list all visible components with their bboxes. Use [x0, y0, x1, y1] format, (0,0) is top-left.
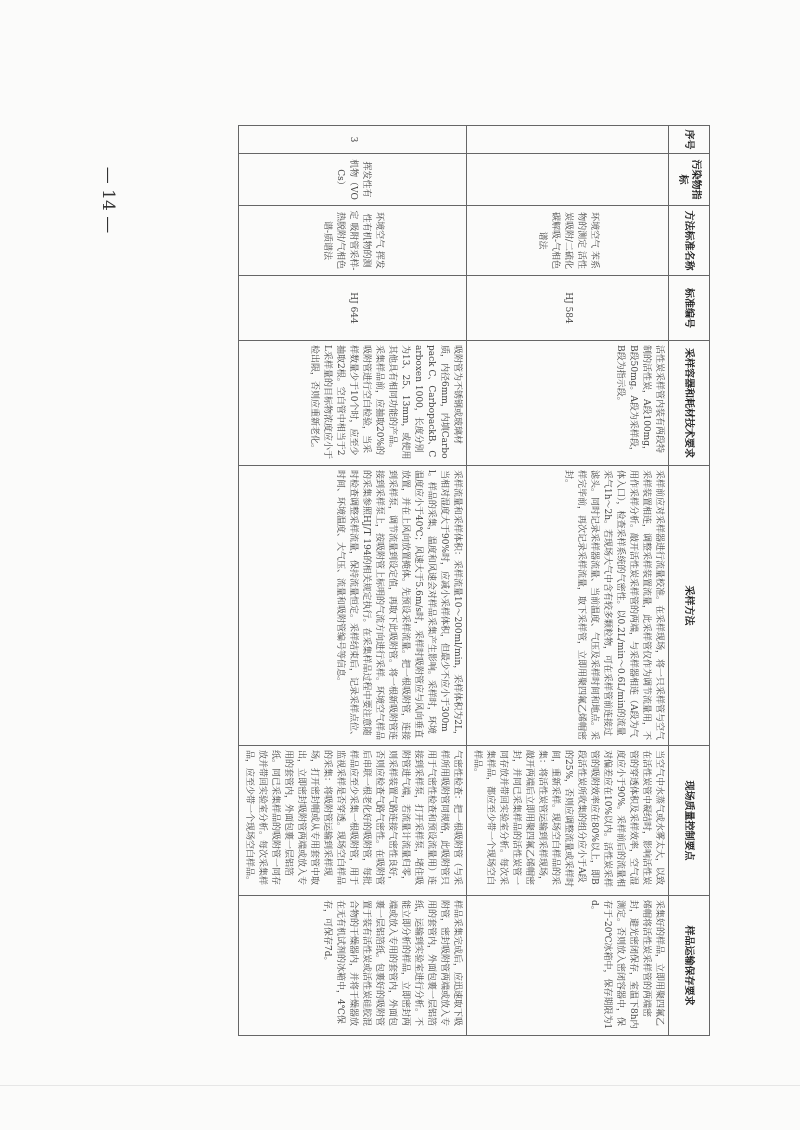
sampling-requirements-table: 序号 污染物指标 方法标准名称 标准编号 采样容器和耗材技术要求 采样方法 现场… — [238, 125, 710, 1036]
header-qc: 现场质量控制要点 — [669, 746, 710, 896]
cell-standard-no: HJ 584 — [467, 276, 669, 341]
cell-qc: 气密性检查：把一根吸附管（与采样所用吸附管同规格，此吸附管只用于气密性检查和预设… — [239, 746, 467, 896]
header-container: 采样容器和耗材技术要求 — [669, 341, 710, 466]
page-number: — 14 — — [93, 170, 123, 230]
cell-pollutant: 挥发性有机物（VOCs） — [239, 154, 467, 206]
cell-storage: 采集好的样品，立即用聚四氟乙烯帽将活性炭采样管的两端密封，避光密闭保存，室温下8… — [467, 896, 669, 1036]
header-seq: 序号 — [669, 126, 710, 154]
cell-method-name: 环境空气 挥发性有机物的测定 吸附管采样-热脱附/气相色谱-质谱法 — [239, 206, 467, 276]
cell-pollutant — [467, 154, 669, 206]
sampling-requirements-table-wrapper: 序号 污染物指标 方法标准名称 标准编号 采样容器和耗材技术要求 采样方法 现场… — [300, 125, 710, 1035]
cell-seq: 3 — [239, 126, 467, 154]
cell-container: 吸附管为不锈钢或玻璃材质，内径6mm，内填Carbopack C、Carbopa… — [239, 341, 467, 466]
cell-sampling-method: 采样前应对采样器进行流量校准。在采样现场，将一只采样管与空气采样装置相连，调整采… — [467, 466, 669, 746]
header-standard-no: 标准编号 — [669, 276, 710, 341]
table-header-row: 序号 污染物指标 方法标准名称 标准编号 采样容器和耗材技术要求 采样方法 现场… — [669, 126, 710, 1036]
cell-method-name: 环境空气 苯系物的测定 活性炭吸附/二硫化碳解吸-气相色谱法 — [467, 206, 669, 276]
cell-seq — [467, 126, 669, 154]
header-sampling-method: 采样方法 — [669, 466, 710, 746]
cell-container: 活性炭采样管内装有两段特制的活性炭，A段100mg，B段50mg。A段为采样段，… — [467, 341, 669, 466]
cell-qc: 当空气中水蒸气或水雾太大，以致在活性炭管中凝结时，影响活性炭管的穿透体积及采样效… — [467, 746, 669, 896]
table-row: 3 挥发性有机物（VOCs） 环境空气 挥发性有机物的测定 吸附管采样-热脱附/… — [239, 126, 467, 1036]
header-storage: 样品运输保存要求 — [669, 896, 710, 1036]
cell-standard-no: HJ 644 — [239, 276, 467, 341]
cell-storage: 样品采集完成后，应迅速取下吸附管，密封吸附管两端或放入专用的套管内，外面包裹一层… — [239, 896, 467, 1036]
header-pollutant: 污染物指标 — [669, 154, 710, 206]
cell-sampling-method: 采样流量和采样体积：采样流量10～200ml/min，采样体积为2L，当相对湿度… — [239, 466, 467, 746]
table-row: 环境空气 苯系物的测定 活性炭吸附/二硫化碳解吸-气相色谱法 HJ 584 活性… — [467, 126, 669, 1036]
page-number-text: — 14 — — [98, 167, 118, 233]
scan-edge-line — [0, 1085, 800, 1086]
header-method-name: 方法标准名称 — [669, 206, 710, 276]
